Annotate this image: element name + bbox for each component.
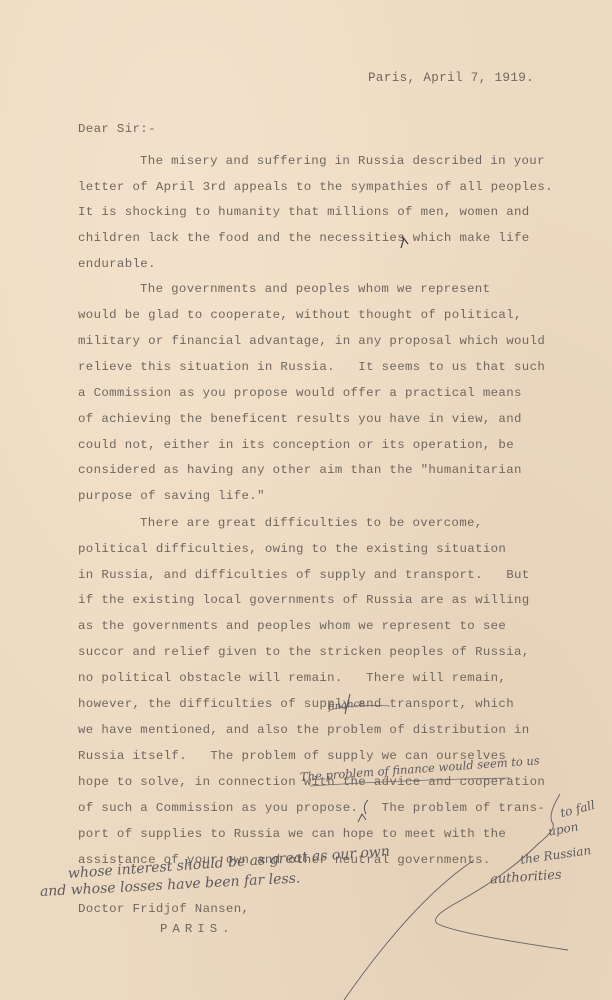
body-line: if the existing local governments of Rus…: [78, 593, 530, 607]
body-line: port of supplies to Russia we can hope t…: [78, 827, 506, 841]
addressee: Doctor Fridjof Nansen,: [78, 902, 249, 916]
body-line: of such a Commission as you propose. The…: [78, 801, 545, 815]
body-line: in Russia, and difficulties of supply an…: [78, 568, 530, 582]
body-line: political difficulties, owing to the exi…: [78, 542, 506, 556]
body-line: relieve this situation in Russia. It see…: [78, 360, 545, 374]
body-line: considered as having any other aim than …: [78, 463, 522, 477]
body-line: The governments and peoples whom we repr…: [140, 282, 490, 296]
letter-page: Paris, April 7, 1919. Dear Sir:- The mis…: [0, 0, 612, 1000]
letter-date: Paris, April 7, 1919.: [368, 71, 534, 85]
salutation: Dear Sir:-: [78, 122, 156, 136]
body-line: no political obstacle will remain. There…: [78, 671, 506, 685]
handwritten-margin-line-2: upon: [547, 819, 579, 838]
body-line: succor and relief given to the stricken …: [78, 645, 530, 659]
body-line: a Commission as you propose would offer …: [78, 386, 522, 400]
body-line: as the governments and peoples whom we r…: [78, 619, 506, 633]
body-line: There are great difficulties to be overc…: [140, 516, 483, 530]
body-line: would be glad to cooperate, without thou…: [78, 308, 522, 322]
body-line: could not, either in its conception or i…: [78, 438, 514, 452]
handwritten-margin-line-1: to fall: [559, 798, 596, 820]
handwritten-margin-line-3: the Russian: [519, 843, 592, 867]
body-line: military or financial advantage, in any …: [78, 334, 545, 348]
body-line: It is shocking to humanity that millions…: [78, 205, 530, 219]
body-line: we have mentioned, and also the problem …: [78, 723, 530, 737]
body-line: however, the difficulties of supply and …: [78, 697, 514, 711]
body-line: letter of April 3rd appeals to the sympa…: [78, 180, 553, 194]
body-line: children lack the food and the necessiti…: [78, 231, 530, 245]
body-line: The misery and suffering in Russia descr…: [140, 154, 545, 168]
handwritten-margin-line-4: authorities: [490, 868, 563, 888]
body-line: endurable.: [78, 257, 156, 271]
body-line: purpose of saving life.": [78, 489, 265, 503]
addressee-city: PARIS.: [160, 922, 235, 936]
body-line: of achieving the beneficent results you …: [78, 412, 522, 426]
